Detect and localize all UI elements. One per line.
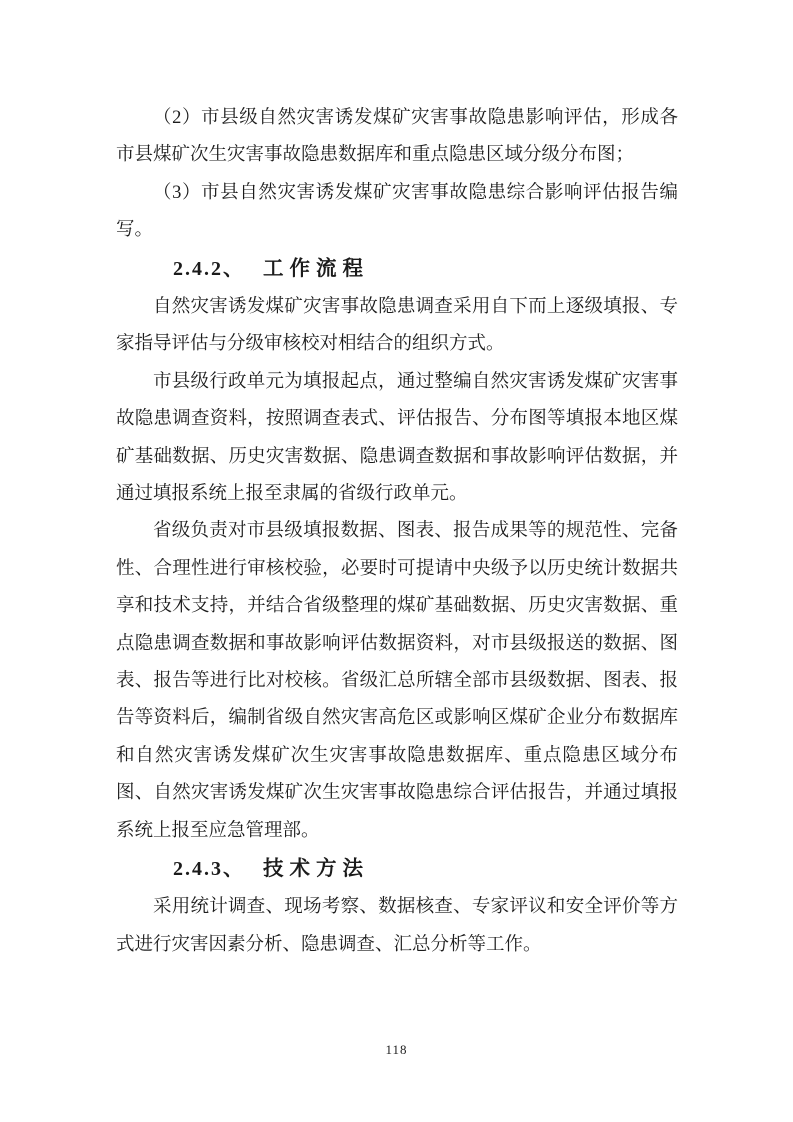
section-heading: 2.4.3、技术方法 bbox=[116, 850, 678, 889]
text-line: 自然灾害诱发煤矿灾害事故隐患调查采用自下而上逐级填报、专 bbox=[116, 289, 678, 326]
text-line: 市县煤矿次生灾害事故隐患数据库和重点隐患区域分级分布图； bbox=[116, 137, 678, 174]
document-page: （2）市县级自然灾害诱发煤矿灾害事故隐患影响评估，形成各市县煤矿次生灾害事故隐患… bbox=[0, 0, 793, 1122]
section-heading-number: 2.4.3、 bbox=[173, 858, 245, 880]
text-line: 采用统计调查、现场考察、数据核查、专家评议和安全评价等方 bbox=[116, 889, 678, 926]
text-line: 矿基础数据、历史灾害数据、隐患调查数据和事故影响评估数据，并 bbox=[116, 439, 678, 476]
document-body: （2）市县级自然灾害诱发煤矿灾害事故隐患影响评估，形成各市县煤矿次生灾害事故隐患… bbox=[116, 100, 678, 964]
text-line: 性、合理性进行审核校验，必要时可提请中央级予以历史统计数据共 bbox=[116, 551, 678, 588]
text-line: （2）市县级自然灾害诱发煤矿灾害事故隐患影响评估，形成各 bbox=[116, 100, 678, 137]
page-footer: 118 bbox=[0, 1041, 793, 1059]
text-line: 家指导评估与分级审核校对相结合的组织方式。 bbox=[116, 326, 678, 363]
text-line: 写。 bbox=[116, 212, 678, 249]
text-line: 市县级行政单元为填报起点，通过整编自然灾害诱发煤矿灾害事 bbox=[116, 364, 678, 401]
text-line: 通过填报系统上报至隶属的省级行政单元。 bbox=[116, 476, 678, 513]
section-heading: 2.4.2、工作流程 bbox=[116, 250, 678, 289]
section-heading-title: 工作流程 bbox=[263, 257, 369, 280]
section-heading-title: 技术方法 bbox=[263, 857, 369, 880]
text-line: 省级负责对市县级填报数据、图表、报告成果等的规范性、完备 bbox=[116, 513, 678, 550]
text-line: 享和技术支持，并结合省级整理的煤矿基础数据、历史灾害数据、重 bbox=[116, 588, 678, 625]
text-line: 图、自然灾害诱发煤矿次生灾害事故隐患综合评估报告，并通过填报 bbox=[116, 775, 678, 812]
text-line: 告等资料后，编制省级自然灾害高危区或影响区煤矿企业分布数据库 bbox=[116, 700, 678, 737]
text-line: 点隐患调查数据和事故影响评估数据资料，对市县级报送的数据、图 bbox=[116, 626, 678, 663]
text-line: 表、报告等进行比对校核。省级汇总所辖全部市县级数据、图表、报 bbox=[116, 663, 678, 700]
section-heading-number: 2.4.2、 bbox=[173, 258, 245, 280]
text-line: 和自然灾害诱发煤矿次生灾害事故隐患数据库、重点隐患区域分布 bbox=[116, 738, 678, 775]
text-line: 式进行灾害因素分析、隐患调查、汇总分析等工作。 bbox=[116, 927, 678, 964]
page-number: 118 bbox=[385, 1042, 407, 1057]
text-line: 故隐患调查资料，按照调查表式、评估报告、分布图等填报本地区煤 bbox=[116, 401, 678, 438]
text-line: 系统上报至应急管理部。 bbox=[116, 813, 678, 850]
text-line: （3）市县自然灾害诱发煤矿灾害事故隐患综合影响评估报告编 bbox=[116, 175, 678, 212]
